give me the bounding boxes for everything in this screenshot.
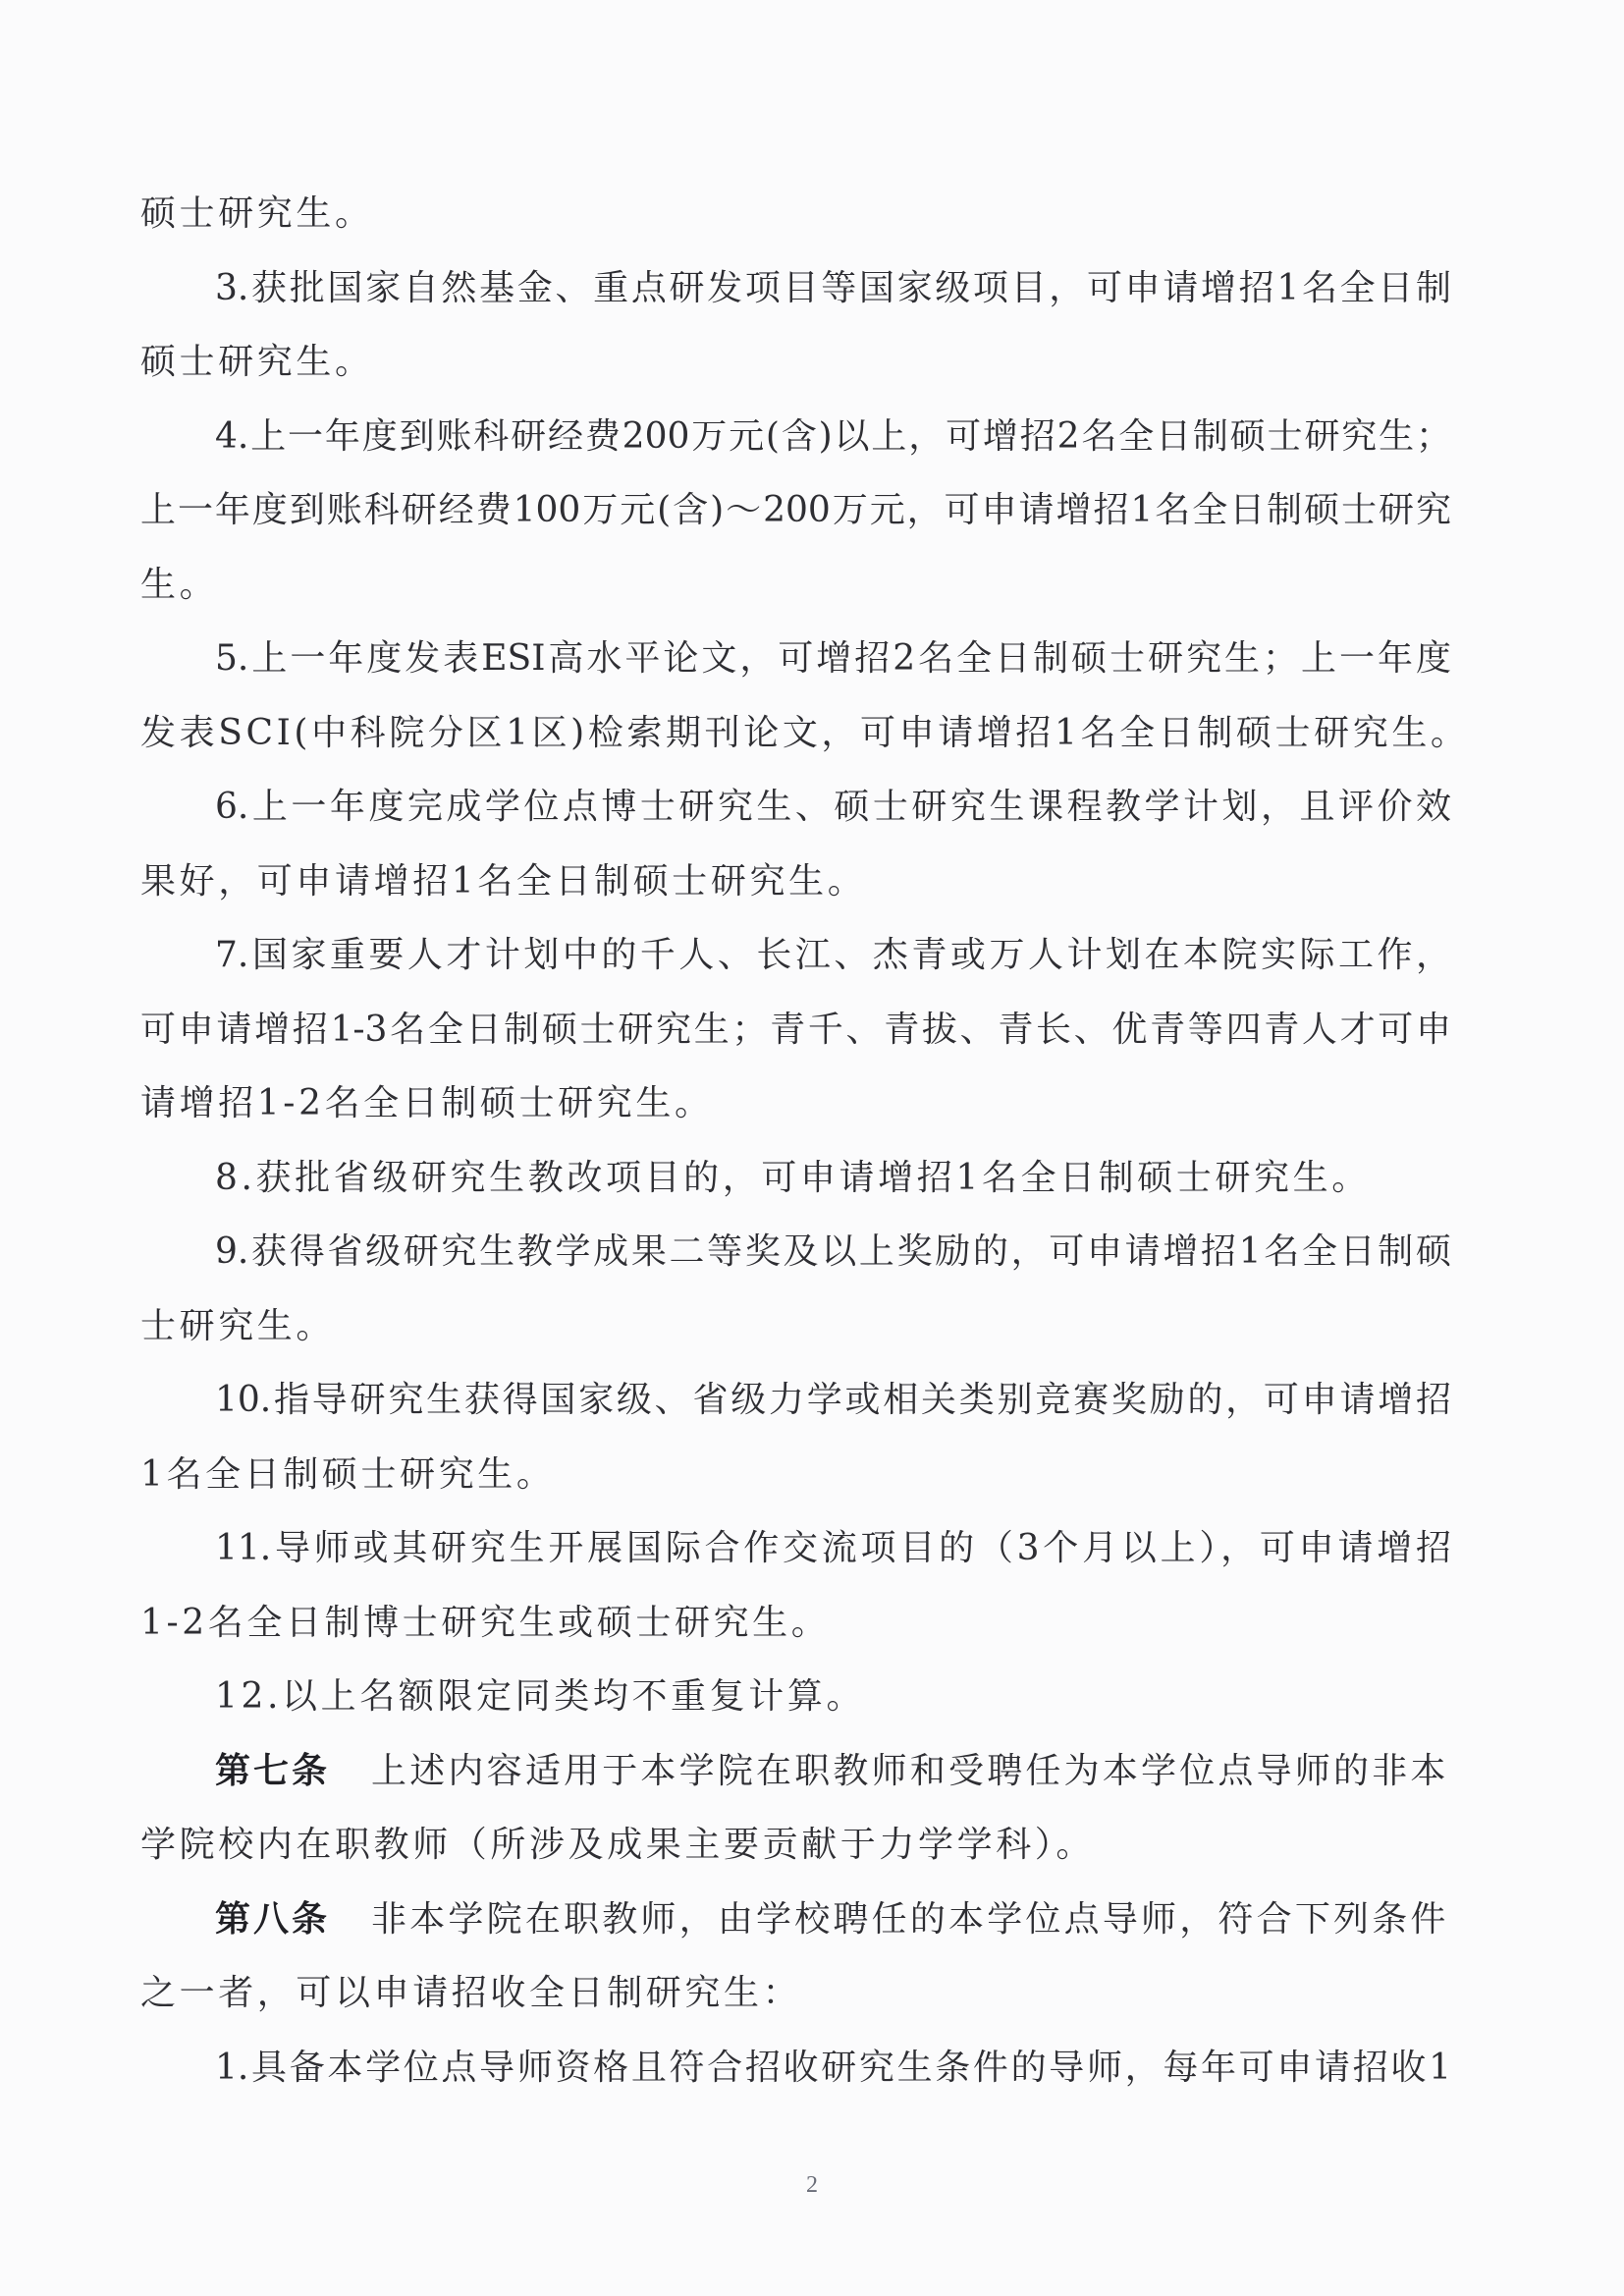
text-line: 7.国家重要人才计划中的千人、长江、杰青或万人计划在本院实际工作， [140,918,1451,993]
text-line: 6.上一年度完成学位点博士研究生、硕士研究生课程教学计划，且评价效 [140,770,1451,845]
text-line: 请增招1-2名全日制硕士研究生。 [140,1066,1456,1141]
text-line: 发表SCI(中科院分区1区)检索期刊论文，可申请增招1名全日制硕士研究生。 [140,696,1456,771]
text-line: 1-2名全日制博士研究生或硕士研究生。 [140,1586,1456,1661]
article-7-text: 上述内容适用于本学院在职教师和受聘任为本学位点导师的非本 [371,1751,1449,1791]
text-line: 士研究生。 [140,1289,1456,1364]
text-line: 3.获批国家自然基金、重点研发项目等国家级项目，可申请增招1名全日制 [140,251,1451,326]
article-8-line: 第八条非本学院在职教师，由学校聘任的本学位点导师，符合下列条件 [140,1883,1456,1957]
text-line: 10.指导研究生获得国家级、省级力学或相关类别竞赛奖励的，可申请增招 [140,1363,1451,1438]
text-line: 硕士研究生。 [140,325,1456,400]
document-page: 硕士研究生。 3.获批国家自然基金、重点研发项目等国家级项目，可申请增招1名全日… [0,0,1624,2296]
text-line: 8.获批省级研究生教改项目的，可申请增招1名全日制硕士研究生。 [140,1141,1456,1216]
page-number: 2 [0,2172,1624,2199]
text-line: 12.以上名额限定同类均不重复计算。 [140,1660,1456,1734]
text-line: 学院校内在职教师（所涉及成果主要贡献于力学学科）。 [140,1808,1456,1883]
text-line: 果好，可申请增招1名全日制硕士研究生。 [140,845,1456,919]
body-text: 硕士研究生。 3.获批国家自然基金、重点研发项目等国家级项目，可申请增招1名全日… [140,177,1456,2105]
text-line: 5.上一年度发表ESI高水平论文，可增招2名全日制硕士研究生；上一年度 [140,622,1451,696]
text-line: 之一者，可以申请招收全日制研究生： [140,1956,1456,2031]
article-7-line: 第七条上述内容适用于本学院在职教师和受聘任为本学位点导师的非本 [140,1734,1456,1809]
text-line: 11.导师或其研究生开展国际合作交流项目的（3个月以上），可申请增招 [140,1511,1451,1586]
text-line: 9.获得省级研究生教学成果二等奖及以上奖励的，可申请增招1名全日制硕 [140,1215,1451,1289]
text-line: 上一年度到账科研经费100万元(含)～200万元，可申请增招1名全日制硕士研究 [140,473,1451,548]
article-8-heading: 第八条 [215,1899,330,1940]
text-line: 生。 [140,548,1456,623]
text-line: 4.上一年度到账科研经费200万元(含)以上，可增招2名全日制硕士研究生； [140,400,1451,474]
article-7-heading: 第七条 [215,1751,330,1791]
article-8-text: 非本学院在职教师，由学校聘任的本学位点导师，符合下列条件 [371,1899,1449,1940]
text-line: 1名全日制硕士研究生。 [140,1438,1456,1512]
text-line: 1.具备本学位点导师资格且符合招收研究生条件的导师，每年可申请招收1 [140,2031,1451,2105]
text-line: 可申请增招1-3名全日制硕士研究生；青千、青拔、青长、优青等四青人才可申 [140,993,1451,1067]
text-line: 硕士研究生。 [140,177,1456,251]
